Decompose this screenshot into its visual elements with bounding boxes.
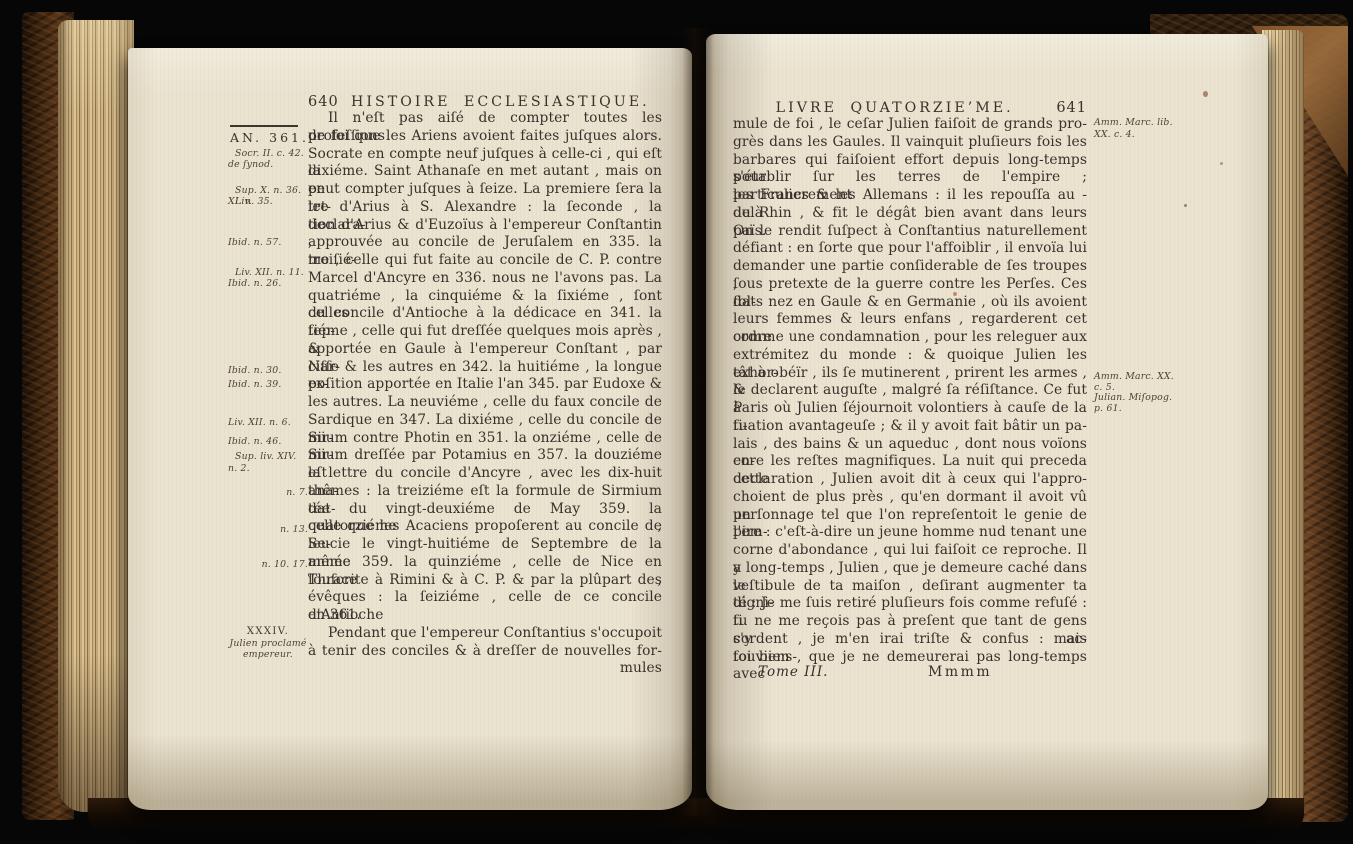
- text-line: barbares qui faiſoient effort depuis lon…: [733, 152, 1087, 170]
- margin-note: n. 13.: [228, 525, 308, 536]
- foxing-spot: [953, 292, 957, 296]
- text-line: demander une partie conſiderable de ſes …: [733, 258, 1087, 276]
- margin-year-label: AN. 361.: [230, 130, 309, 145]
- text-line: s'établir ſur les terres de l'empire ; p…: [733, 169, 1087, 187]
- text-line: pire : c'eſt-à-dire un jeune homme nud t…: [733, 524, 1087, 542]
- text-line: a long-temps , Julien , que je demeure c…: [733, 560, 1087, 578]
- text-line: On le rendit ſuſpect à Conſtantius natur…: [733, 223, 1087, 241]
- text-line: core les reſtes magnifiques. La nuit qui…: [733, 453, 1087, 471]
- text-line: tre d'Arius à S. Alexandre : la ſeconde …: [308, 199, 662, 217]
- margin-note: Ibid. n. 39.: [228, 380, 308, 391]
- text-line: extrémitez du monde : & quoique Julien l…: [733, 347, 1087, 365]
- text-line: les autres. La neuviéme , celle du faux …: [308, 394, 662, 412]
- running-header-right: LIVRE QUATORZIE’ME. 641: [733, 100, 1087, 116]
- book-photo: 640 HISTOIRE ECCLESIASTIQUE. AN. 361. So…: [0, 0, 1353, 844]
- text-line: ſouſcrite à Rimini & à C. P. & par la pl…: [308, 572, 662, 590]
- margin-note: n. 7.: [228, 488, 308, 499]
- text-line: tée du vingt-deuxiéme de May 359. la qua…: [308, 501, 662, 519]
- gutter-shadow: [682, 28, 714, 816]
- text-line: tât à obéïr , ils ſe mutinerent , priren…: [733, 365, 1087, 383]
- foxing-spot: [1203, 91, 1208, 97]
- margin-note: XI. n. 35.: [228, 197, 308, 208]
- text-line: tu ne me reçois pas à preſent que tant d…: [733, 613, 1087, 631]
- text-line: mium dreſſée par Potamius en 357. la dou…: [308, 447, 662, 465]
- margin-note: Amm. Marc. lib.: [1094, 118, 1224, 129]
- text-line: Paris où Julien ſéjournoit volontiers à …: [733, 400, 1087, 418]
- margin-note: p. 61.: [1094, 404, 1224, 415]
- margin-rule: [230, 125, 298, 127]
- margin-note: Julian. Miſopog.: [1094, 393, 1224, 404]
- text-line: Marcel d'Ancyre en 336. nous ne l'avons …: [308, 270, 662, 288]
- margin-note: n. 2.: [228, 464, 308, 475]
- text-line: du concile d'Antioche à la dédicace en 3…: [308, 305, 662, 323]
- text-column-right: mule de foi , le ceſar Julien faiſoit de…: [733, 116, 1087, 666]
- text-line: défiant : en ſorte que pour l'affoiblir …: [733, 240, 1087, 258]
- margin-note: Ibid. n. 30.: [228, 366, 308, 377]
- text-line: perſonnage tel que l'on repreſentoit le …: [733, 507, 1087, 525]
- margin-note: Sup. liv. XIV.: [228, 452, 308, 463]
- text-line: thêmes : la treiziéme eſt la formule de …: [308, 483, 662, 501]
- text-line: apportée en Gaule à l'empereur Conſtant …: [308, 341, 662, 359]
- text-line: me , celle qui fut faite au concile de C…: [308, 252, 662, 270]
- text-line: leucie le vingt-huitiéme de Septembre de…: [308, 536, 662, 554]
- foxing-spot: [428, 260, 432, 264]
- fore-edge-right-page-stack: [1262, 30, 1304, 812]
- text-line: dixiéme. Saint Athanaſe en met autant , …: [308, 163, 662, 181]
- text-line: ciſſe & les autres en 342. la huitiéme ,…: [308, 359, 662, 377]
- text-line: té : Je me ſuis retiré pluſieurs fois co…: [733, 595, 1087, 613]
- margin-note: Socr. II. c. 42.: [228, 149, 308, 160]
- text-column-left: Il n'eſt pas aiſé de compter toutes les …: [308, 110, 662, 678]
- text-line: Sardique en 347. La dixiéme , celle du c…: [308, 412, 662, 430]
- margin-note: n. 10. 17.: [228, 560, 308, 571]
- margin-note: Ibid. n. 57.: [228, 238, 308, 249]
- text-line: peut compter juſques à ſeize. La premier…: [308, 181, 662, 199]
- text-line: Socrate en compte neuf juſques à celle-c…: [308, 146, 662, 164]
- margin-note: Ibid. n. 46.: [228, 437, 308, 448]
- text-line: choient de plus près , qu'en dormant il …: [733, 489, 1087, 507]
- text-line: mule de foi , le ceſar Julien faiſoit de…: [733, 116, 1087, 134]
- text-line: quatriéme , la cinquiéme & la ſixiéme , …: [308, 288, 662, 306]
- foxing-spot: [1220, 162, 1223, 165]
- text-line: à tenir des conciles & à dreſſer de nouv…: [308, 643, 662, 661]
- text-line: de foi que les Ariens avoient faites juſ…: [308, 128, 662, 146]
- text-line: comme une condamnation , pour les relegu…: [733, 329, 1087, 347]
- text-line: la lettre du concile d'Ancyre , avec les…: [308, 465, 662, 483]
- text-line: tiéme , celle qui fut dreſſée quelques m…: [308, 323, 662, 341]
- running-title-right: LIVRE QUATORZIE’ME.: [733, 100, 1056, 116]
- foxing-spot: [1184, 204, 1187, 207]
- page-right: LIVRE QUATORZIE’ME. 641 Amm. Marc. lib. …: [706, 34, 1268, 810]
- text-line: lais , des bains & un aqueduc , dont nou…: [733, 436, 1087, 454]
- text-line: leurs femmes & leurs enfans , regarderen…: [733, 311, 1087, 329]
- text-line: les Francs & les Allemans : il les repou…: [733, 187, 1087, 205]
- text-line: Pendant que l'empereur Conſtantius s'occ…: [308, 625, 662, 643]
- text-line: année 359. la quinziéme , celle de Nice …: [308, 554, 662, 572]
- text-line: celle que les Acaciens propoſerent au co…: [308, 518, 662, 536]
- text-line: mium contre Photin en 351. la onziéme , …: [308, 430, 662, 448]
- text-line: du Rhin , & fit le dégât bien avant dans…: [733, 205, 1087, 223]
- text-line: veſtibule de ta maiſon , deſirant augmen…: [733, 578, 1087, 596]
- margin-note: empereur.: [228, 650, 308, 661]
- margin-note: Ibid. n. 26.: [228, 279, 308, 290]
- text-line: declaration , Julien avoit dit à ceux qu…: [733, 471, 1087, 489]
- running-title-left: HISTOIRE ECCLESIASTIQUE.: [339, 94, 662, 110]
- text-line: dats nez en Gaule & en Germanie , où ils…: [733, 294, 1087, 312]
- text-line: cordent , je m'en irai triſte & confus :…: [733, 631, 1087, 649]
- text-line: poſition apportée en Italie l'an 345. pa…: [308, 376, 662, 394]
- page-number-left: 640: [308, 94, 339, 110]
- margin-note: Amm. Marc. XX.: [1094, 372, 1224, 383]
- margin-note: XX. c. 4.: [1094, 130, 1224, 141]
- tome-label: Tome III.: [758, 664, 828, 680]
- margin-note: Liv. XII. n. 6.: [228, 418, 308, 429]
- text-line: évêques : la ſeiziéme , celle de ce conc…: [308, 589, 662, 607]
- text-line: approuvée au concile de Jeruſalem en 335…: [308, 234, 662, 252]
- page-number-right: 641: [1056, 100, 1087, 116]
- page-left: 640 HISTOIRE ECCLESIASTIQUE. AN. 361. So…: [128, 48, 692, 810]
- margin-note: Julien proclamé: [228, 639, 308, 650]
- text-line: corne d'abondance , qui lui faiſoit ce r…: [733, 542, 1087, 560]
- text-line: ſous pretexte de la guerre contre les Pe…: [733, 276, 1087, 294]
- text-line: le declarent auguſte , malgré ſa réſiſta…: [733, 382, 1087, 400]
- fore-edge-left-page-stack: [58, 20, 134, 812]
- text-line: grès dans les Gaules. Il vainquit pluſie…: [733, 134, 1087, 152]
- running-header-left: 640 HISTOIRE ECCLESIASTIQUE.: [308, 94, 662, 110]
- signature-mark: Mmmm: [928, 664, 992, 680]
- margin-note: de ſynod.: [228, 160, 308, 171]
- text-line: tuation avantageuſe ; & il y avoit fait …: [733, 418, 1087, 436]
- margin-note: Liv. XII. n. 11.: [228, 268, 308, 279]
- margin-section-number: XXXIV.: [228, 627, 308, 638]
- catchword: mules: [308, 660, 662, 678]
- text-line: tion d'Arius & d'Euzoïus à l'empereur Co…: [308, 217, 662, 235]
- text-line: Il n'eſt pas aiſé de compter toutes les …: [308, 110, 662, 128]
